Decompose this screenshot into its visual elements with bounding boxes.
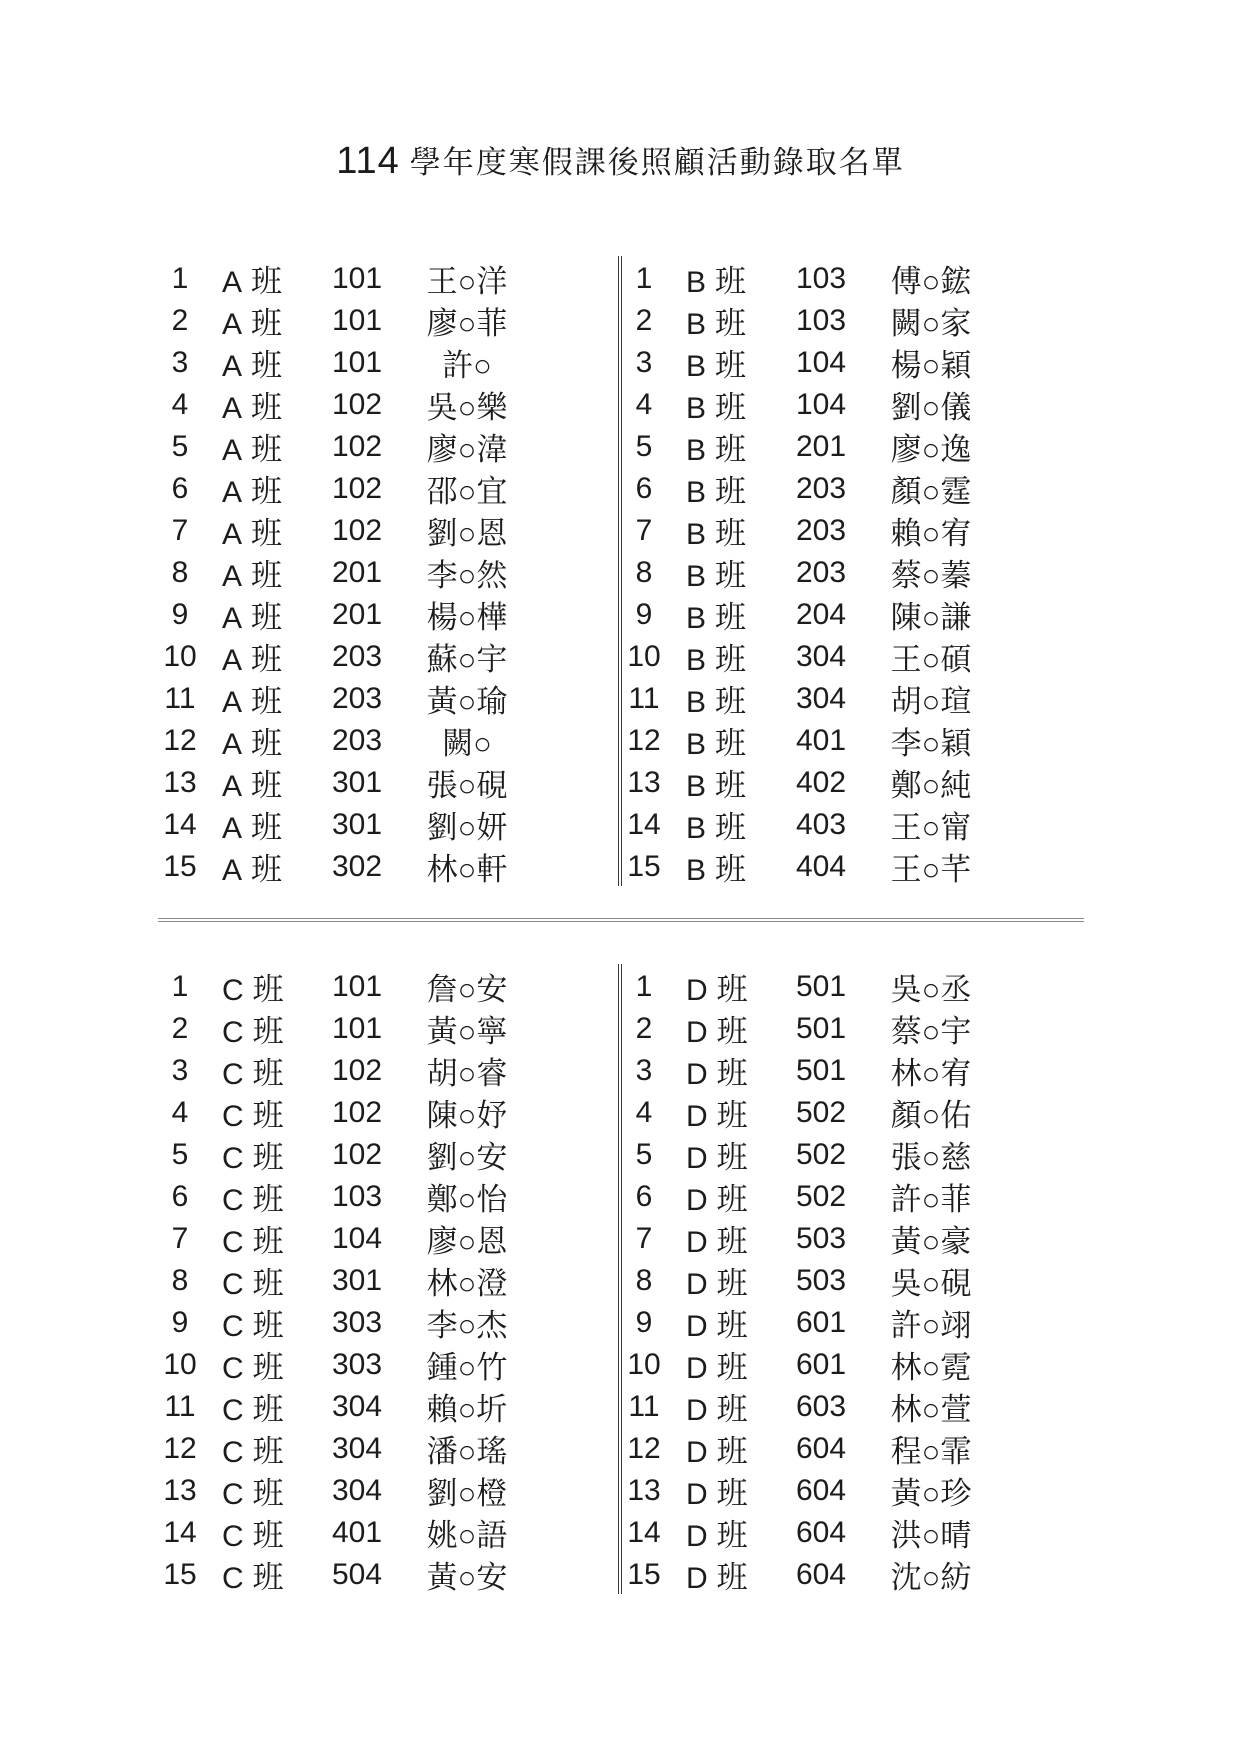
student-name: 廖○恩 [412, 1216, 522, 1261]
class-suffix: 班 [253, 1392, 284, 1427]
student-row: 11 D班 603 林○萱 [622, 1384, 1078, 1426]
class-letter: C [222, 1142, 244, 1175]
student-row: 13 A班 301 張○硯 [158, 760, 618, 802]
row-number: 7 [158, 514, 202, 548]
class-label: A班 [202, 802, 302, 847]
row-number: 9 [622, 598, 666, 632]
student-name: 顏○霆 [876, 466, 986, 511]
class-label: B班 [666, 676, 766, 721]
student-name: 蔡○宇 [876, 1006, 986, 1051]
room-number: 503 [766, 1264, 876, 1298]
class-label: C班 [202, 1552, 302, 1597]
row-number: 15 [158, 1558, 202, 1592]
class-suffix: 班 [717, 1434, 748, 1469]
row-number: 7 [622, 514, 666, 548]
student-row: 4 D班 502 顏○佑 [622, 1090, 1078, 1132]
class-suffix: 班 [253, 1308, 284, 1343]
student-name: 陳○妤 [412, 1090, 522, 1135]
class-suffix: 班 [251, 264, 282, 299]
room-number: 301 [302, 808, 412, 842]
row-number: 4 [158, 388, 202, 422]
row-number: 5 [622, 430, 666, 464]
class-label: D班 [666, 1552, 766, 1597]
row-number: 10 [158, 640, 202, 674]
student-row: 10 B班 304 王○碩 [622, 634, 1078, 676]
student-name: 林○宥 [876, 1048, 986, 1093]
room-number: 303 [302, 1348, 412, 1382]
student-row: 11 C班 304 賴○圻 [158, 1384, 618, 1426]
student-name: 許○ [412, 340, 522, 385]
student-row: 9 D班 601 許○翊 [622, 1300, 1078, 1342]
student-row: 8 C班 301 林○澄 [158, 1258, 618, 1300]
row-number: 11 [158, 1390, 202, 1424]
class-suffix: 班 [717, 1140, 748, 1175]
class-letter: D [686, 1226, 708, 1259]
class-suffix: 班 [253, 1560, 284, 1595]
student-row: 2 B班 103 闕○家 [622, 298, 1078, 340]
class-suffix: 班 [253, 1056, 284, 1091]
student-name: 吳○丞 [876, 964, 986, 1009]
row-number: 8 [158, 1264, 202, 1298]
class-suffix: 班 [717, 1266, 748, 1301]
student-row: 8 D班 503 吳○硯 [622, 1258, 1078, 1300]
class-suffix: 班 [251, 642, 282, 677]
student-row: 13 D班 604 黃○珍 [622, 1468, 1078, 1510]
student-row: 3 C班 102 胡○睿 [158, 1048, 618, 1090]
room-number: 203 [766, 514, 876, 548]
class-label: A班 [202, 466, 302, 511]
class-suffix: 班 [715, 264, 746, 299]
row-number: 3 [622, 1054, 666, 1088]
student-row: 2 D班 501 蔡○宇 [622, 1006, 1078, 1048]
class-suffix: 班 [251, 768, 282, 803]
class-suffix: 班 [715, 348, 746, 383]
class-suffix: 班 [715, 852, 746, 887]
class-suffix: 班 [717, 1560, 748, 1595]
class-suffix: 班 [715, 558, 746, 593]
student-row: 5 A班 102 廖○湋 [158, 424, 618, 466]
student-row: 9 C班 303 李○杰 [158, 1300, 618, 1342]
student-row: 4 B班 104 劉○儀 [622, 382, 1078, 424]
class-letter: C [222, 1562, 244, 1595]
room-number: 503 [766, 1222, 876, 1256]
student-name: 李○然 [412, 550, 522, 595]
row-number: 11 [622, 1390, 666, 1424]
class-letter: B [686, 350, 706, 383]
class-letter: A [222, 434, 242, 467]
student-row: 9 A班 201 楊○樺 [158, 592, 618, 634]
class-letter: B [686, 728, 706, 761]
class-c-list: 1 C班 101 詹○安 2 C班 101 黃○寧 3 C班 102 胡○睿 4… [158, 964, 618, 1594]
row-number: 4 [622, 1096, 666, 1130]
class-suffix: 班 [253, 1518, 284, 1553]
student-row: 3 D班 501 林○宥 [622, 1048, 1078, 1090]
room-number: 304 [302, 1474, 412, 1508]
student-row: 4 A班 102 吳○樂 [158, 382, 618, 424]
room-number: 604 [766, 1516, 876, 1550]
row-number: 3 [158, 1054, 202, 1088]
class-suffix: 班 [715, 768, 746, 803]
student-row: 7 C班 104 廖○恩 [158, 1216, 618, 1258]
row-number: 15 [622, 850, 666, 884]
room-number: 101 [302, 970, 412, 1004]
student-row: 14 D班 604 洪○晴 [622, 1510, 1078, 1552]
room-number: 102 [302, 430, 412, 464]
room-number: 101 [302, 346, 412, 380]
room-number: 501 [766, 970, 876, 1004]
room-number: 502 [766, 1096, 876, 1130]
class-letter: A [222, 560, 242, 593]
room-number: 301 [302, 1264, 412, 1298]
row-number: 14 [622, 1516, 666, 1550]
class-letter: B [686, 392, 706, 425]
row-number: 1 [622, 970, 666, 1004]
room-number: 201 [766, 430, 876, 464]
class-letter: C [222, 1058, 244, 1091]
class-suffix: 班 [715, 810, 746, 845]
class-label: B班 [666, 634, 766, 679]
student-name: 吳○硯 [876, 1258, 986, 1303]
student-row: 7 D班 503 黃○豪 [622, 1216, 1078, 1258]
student-row: 6 C班 103 鄭○怡 [158, 1174, 618, 1216]
room-number: 401 [766, 724, 876, 758]
row-number: 1 [622, 262, 666, 296]
class-letter: D [686, 1100, 708, 1133]
row-number: 7 [622, 1222, 666, 1256]
class-suffix: 班 [251, 432, 282, 467]
room-number: 302 [302, 850, 412, 884]
class-label: B班 [666, 382, 766, 427]
class-label: A班 [202, 844, 302, 889]
student-name: 蔡○蓁 [876, 550, 986, 595]
class-suffix: 班 [715, 600, 746, 635]
class-suffix: 班 [251, 474, 282, 509]
class-suffix: 班 [253, 1182, 284, 1217]
row-number: 1 [158, 970, 202, 1004]
room-number: 204 [766, 598, 876, 632]
class-letter: B [686, 560, 706, 593]
class-label: B班 [666, 592, 766, 637]
class-suffix: 班 [715, 642, 746, 677]
class-label: A班 [202, 760, 302, 805]
student-row: 15 C班 504 黃○安 [158, 1552, 618, 1594]
room-number: 203 [302, 724, 412, 758]
row-number: 6 [158, 472, 202, 506]
room-number: 102 [302, 1138, 412, 1172]
class-label: B班 [666, 508, 766, 553]
class-letter: B [686, 812, 706, 845]
row-number: 1 [158, 262, 202, 296]
class-label: B班 [666, 298, 766, 343]
room-number: 103 [766, 304, 876, 338]
room-number: 304 [766, 640, 876, 674]
class-label: A班 [202, 508, 302, 553]
class-label: C班 [202, 1384, 302, 1429]
class-label: B班 [666, 466, 766, 511]
class-label: D班 [666, 1468, 766, 1513]
class-letter: C [222, 1100, 244, 1133]
row-number: 2 [622, 304, 666, 338]
class-letter: B [686, 266, 706, 299]
row-number: 9 [622, 1306, 666, 1340]
row-number: 8 [622, 1264, 666, 1298]
student-row: 3 A班 101 許○ [158, 340, 618, 382]
class-letter: D [686, 1016, 708, 1049]
row-number: 7 [158, 1222, 202, 1256]
row-number: 13 [622, 766, 666, 800]
class-label: D班 [666, 1090, 766, 1135]
class-d-list: 1 D班 501 吳○丞 2 D班 501 蔡○宇 3 D班 501 林○宥 4… [618, 964, 1078, 1594]
student-name: 張○慈 [876, 1132, 986, 1177]
student-row: 10 D班 601 林○霓 [622, 1342, 1078, 1384]
class-suffix: 班 [717, 1224, 748, 1259]
room-number: 403 [766, 808, 876, 842]
class-label: C班 [202, 1426, 302, 1471]
row-number: 12 [158, 724, 202, 758]
row-number: 9 [158, 1306, 202, 1340]
student-name: 顏○佑 [876, 1090, 986, 1135]
class-suffix: 班 [717, 1182, 748, 1217]
student-name: 劉○橙 [412, 1468, 522, 1513]
class-suffix: 班 [253, 972, 284, 1007]
room-number: 201 [302, 598, 412, 632]
student-name: 王○洋 [412, 256, 522, 301]
class-letter: C [222, 1436, 244, 1469]
class-letter: C [222, 1268, 244, 1301]
class-letter: B [686, 308, 706, 341]
class-letter: D [686, 1310, 708, 1343]
class-label: B班 [666, 718, 766, 763]
student-name: 張○硯 [412, 760, 522, 805]
admission-list-page: 114學年度寒假課後照顧活動錄取名單 1 A班 101 王○洋 2 A班 101… [0, 0, 1241, 1594]
class-label: C班 [202, 1132, 302, 1177]
class-label: C班 [202, 1048, 302, 1093]
class-letter: B [686, 770, 706, 803]
row-number: 6 [158, 1180, 202, 1214]
class-suffix: 班 [253, 1476, 284, 1511]
section-divider [158, 918, 1084, 922]
room-number: 104 [302, 1222, 412, 1256]
section-top: 1 A班 101 王○洋 2 A班 101 廖○菲 3 A班 101 許○ 4 … [158, 256, 1241, 886]
student-name: 王○甯 [876, 802, 986, 847]
class-suffix: 班 [717, 1014, 748, 1049]
student-row: 7 A班 102 劉○恩 [158, 508, 618, 550]
class-label: C班 [202, 1300, 302, 1345]
class-label: B班 [666, 802, 766, 847]
class-label: A班 [202, 256, 302, 301]
student-name: 黃○安 [412, 1552, 522, 1597]
row-number: 10 [622, 640, 666, 674]
student-name: 沈○紡 [876, 1552, 986, 1597]
student-row: 1 A班 101 王○洋 [158, 256, 618, 298]
class-suffix: 班 [715, 390, 746, 425]
student-row: 1 B班 103 傅○鋐 [622, 256, 1078, 298]
class-suffix: 班 [253, 1350, 284, 1385]
class-label: D班 [666, 1426, 766, 1471]
student-row: 5 B班 201 廖○逸 [622, 424, 1078, 466]
class-letter: D [686, 974, 708, 1007]
class-letter: A [222, 812, 242, 845]
student-name: 吳○樂 [412, 382, 522, 427]
student-name: 闕○家 [876, 298, 986, 343]
class-suffix: 班 [717, 1056, 748, 1091]
class-letter: C [222, 1184, 244, 1217]
class-suffix: 班 [251, 306, 282, 341]
title-year: 114 [336, 140, 400, 182]
class-letter: D [686, 1478, 708, 1511]
class-label: D班 [666, 1006, 766, 1051]
room-number: 304 [766, 682, 876, 716]
row-number: 10 [158, 1348, 202, 1382]
class-label: D班 [666, 1174, 766, 1219]
class-label: D班 [666, 1258, 766, 1303]
student-row: 13 B班 402 鄭○純 [622, 760, 1078, 802]
student-name: 李○杰 [412, 1300, 522, 1345]
student-name: 賴○圻 [412, 1384, 522, 1429]
class-letter: B [686, 476, 706, 509]
class-label: C班 [202, 1006, 302, 1051]
student-row: 6 D班 502 許○菲 [622, 1174, 1078, 1216]
class-suffix: 班 [253, 1098, 284, 1133]
student-name: 蘇○宇 [412, 634, 522, 679]
class-b-list: 1 B班 103 傅○鋐 2 B班 103 闕○家 3 B班 104 楊○穎 4… [618, 256, 1078, 886]
student-name: 邵○宜 [412, 466, 522, 511]
student-name: 姚○語 [412, 1510, 522, 1555]
student-row: 12 C班 304 潘○瑤 [158, 1426, 618, 1468]
student-row: 1 C班 101 詹○安 [158, 964, 618, 1006]
room-number: 604 [766, 1474, 876, 1508]
class-label: D班 [666, 1132, 766, 1177]
student-row: 6 B班 203 顏○霆 [622, 466, 1078, 508]
class-suffix: 班 [715, 726, 746, 761]
student-name: 劉○儀 [876, 382, 986, 427]
class-label: C班 [202, 1510, 302, 1555]
student-row: 13 C班 304 劉○橙 [158, 1468, 618, 1510]
class-suffix: 班 [253, 1224, 284, 1259]
student-row: 2 A班 101 廖○菲 [158, 298, 618, 340]
row-number: 12 [622, 1432, 666, 1466]
room-number: 101 [302, 1012, 412, 1046]
class-label: A班 [202, 676, 302, 721]
student-row: 2 C班 101 黃○寧 [158, 1006, 618, 1048]
class-letter: B [686, 854, 706, 887]
student-row: 9 B班 204 陳○謙 [622, 592, 1078, 634]
student-name: 許○菲 [876, 1174, 986, 1219]
student-name: 楊○樺 [412, 592, 522, 637]
class-letter: D [686, 1436, 708, 1469]
class-letter: A [222, 350, 242, 383]
class-letter: D [686, 1268, 708, 1301]
row-number: 3 [622, 346, 666, 380]
student-row: 10 C班 303 鍾○竹 [158, 1342, 618, 1384]
student-name: 王○芊 [876, 844, 986, 889]
class-letter: B [686, 434, 706, 467]
student-row: 15 B班 404 王○芊 [622, 844, 1078, 886]
class-suffix: 班 [715, 516, 746, 551]
room-number: 504 [302, 1558, 412, 1592]
class-suffix: 班 [253, 1434, 284, 1469]
class-label: D班 [666, 1510, 766, 1555]
student-row: 11 B班 304 胡○瑄 [622, 676, 1078, 718]
class-letter: B [686, 602, 706, 635]
student-name: 廖○湋 [412, 424, 522, 469]
row-number: 13 [622, 1474, 666, 1508]
student-name: 黃○豪 [876, 1216, 986, 1261]
class-letter: D [686, 1058, 708, 1091]
row-number: 11 [158, 682, 202, 716]
student-name: 楊○穎 [876, 340, 986, 385]
class-suffix: 班 [251, 600, 282, 635]
student-row: 8 B班 203 蔡○蓁 [622, 550, 1078, 592]
row-number: 4 [622, 388, 666, 422]
page-title: 114學年度寒假課後照顧活動錄取名單 [0, 138, 1241, 186]
room-number: 404 [766, 850, 876, 884]
class-label: A班 [202, 550, 302, 595]
class-suffix: 班 [251, 852, 282, 887]
class-label: C班 [202, 1468, 302, 1513]
room-number: 201 [302, 556, 412, 590]
row-number: 8 [158, 556, 202, 590]
room-number: 102 [302, 1096, 412, 1130]
room-number: 502 [766, 1180, 876, 1214]
room-number: 603 [766, 1390, 876, 1424]
row-number: 13 [158, 1474, 202, 1508]
student-name: 胡○瑄 [876, 676, 986, 721]
student-row: 3 B班 104 楊○穎 [622, 340, 1078, 382]
room-number: 502 [766, 1138, 876, 1172]
row-number: 2 [158, 304, 202, 338]
class-letter: A [222, 770, 242, 803]
class-label: C班 [202, 1174, 302, 1219]
student-name: 廖○逸 [876, 424, 986, 469]
student-name: 劉○妍 [412, 802, 522, 847]
class-suffix: 班 [717, 1308, 748, 1343]
student-name: 程○霏 [876, 1426, 986, 1471]
room-number: 501 [766, 1054, 876, 1088]
room-number: 601 [766, 1348, 876, 1382]
student-name: 黃○珍 [876, 1468, 986, 1513]
class-letter: D [686, 1184, 708, 1217]
student-name: 洪○晴 [876, 1510, 986, 1555]
class-label: A班 [202, 424, 302, 469]
class-label: D班 [666, 1216, 766, 1261]
class-suffix: 班 [715, 684, 746, 719]
class-letter: A [222, 644, 242, 677]
student-name: 鍾○竹 [412, 1342, 522, 1387]
room-number: 102 [302, 514, 412, 548]
class-label: A班 [202, 298, 302, 343]
class-suffix: 班 [251, 390, 282, 425]
row-number: 2 [622, 1012, 666, 1046]
class-letter: C [222, 1394, 244, 1427]
student-row: 5 C班 102 劉○安 [158, 1132, 618, 1174]
class-letter: C [222, 1226, 244, 1259]
class-letter: C [222, 1520, 244, 1553]
class-suffix: 班 [717, 1476, 748, 1511]
class-suffix: 班 [253, 1014, 284, 1049]
class-label: D班 [666, 1384, 766, 1429]
class-a-list: 1 A班 101 王○洋 2 A班 101 廖○菲 3 A班 101 許○ 4 … [158, 256, 618, 886]
room-number: 203 [766, 472, 876, 506]
room-number: 203 [302, 640, 412, 674]
class-label: B班 [666, 844, 766, 889]
title-text: 學年度寒假課後照顧活動錄取名單 [410, 145, 905, 180]
row-number: 6 [622, 472, 666, 506]
class-label: B班 [666, 340, 766, 385]
class-letter: A [222, 518, 242, 551]
room-number: 101 [302, 304, 412, 338]
row-number: 14 [158, 1516, 202, 1550]
